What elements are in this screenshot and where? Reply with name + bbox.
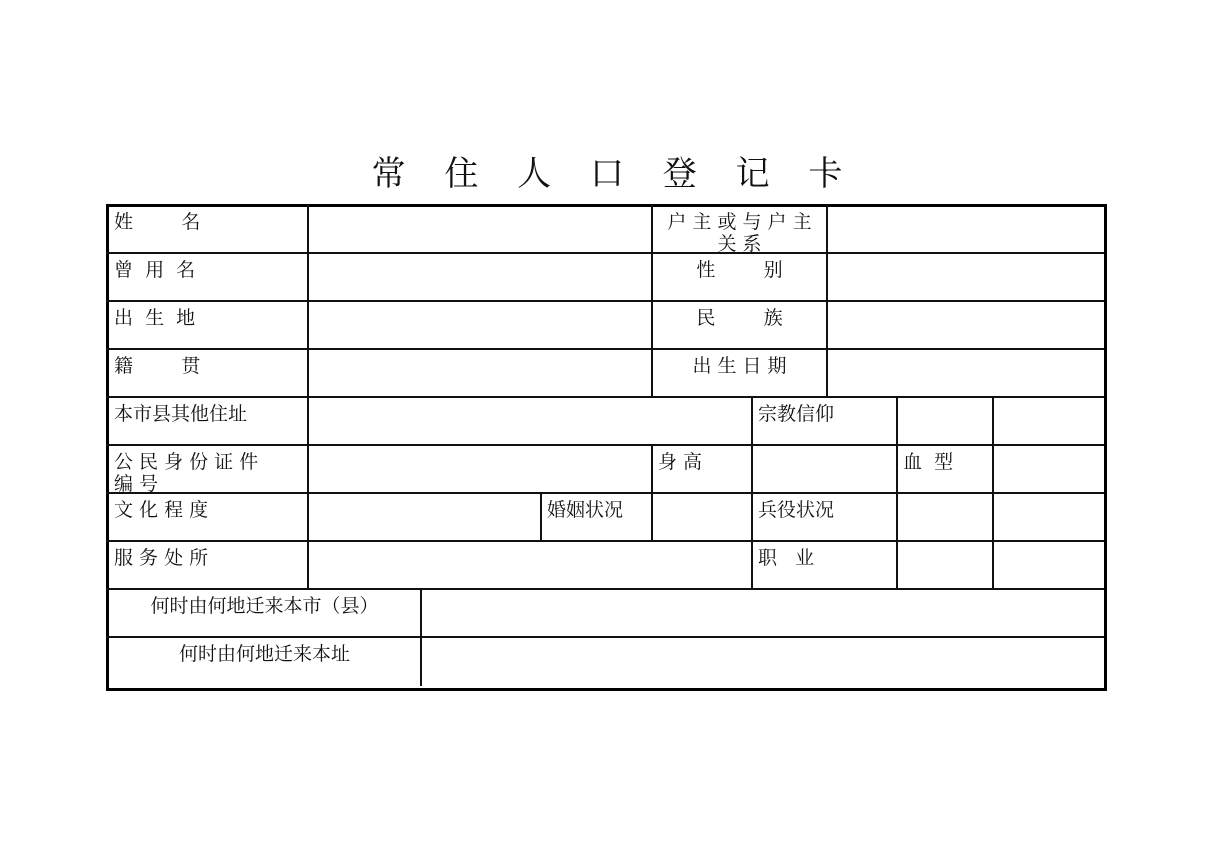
label-gender: 性 别 bbox=[653, 255, 826, 300]
education-field[interactable] bbox=[309, 495, 540, 540]
extra-field-r7[interactable] bbox=[994, 495, 1100, 540]
moved-to-city-field[interactable] bbox=[422, 591, 1100, 636]
former-name-field[interactable] bbox=[309, 255, 651, 300]
ethnicity-field[interactable] bbox=[828, 303, 1100, 348]
moved-to-address-field[interactable] bbox=[422, 639, 1100, 684]
label-military-service: 兵役状况 bbox=[753, 495, 896, 540]
workplace-field[interactable] bbox=[309, 543, 751, 588]
native-place-field[interactable] bbox=[309, 351, 651, 396]
extra-field-r8[interactable] bbox=[994, 543, 1100, 588]
row-divider bbox=[106, 348, 1104, 350]
military-service-field[interactable] bbox=[898, 495, 992, 540]
religion-field[interactable] bbox=[898, 399, 992, 444]
height-field[interactable] bbox=[753, 447, 896, 492]
row-divider bbox=[106, 492, 1104, 494]
label-birth-date: 出 生 日 期 bbox=[653, 351, 826, 396]
label-religion: 宗教信仰 bbox=[753, 399, 896, 444]
occupation-field[interactable] bbox=[898, 543, 992, 588]
label-blood-type: 血 型 bbox=[898, 447, 992, 492]
label-ethnicity: 民 族 bbox=[653, 303, 826, 348]
row-divider bbox=[106, 300, 1104, 302]
blood-type-field[interactable] bbox=[994, 447, 1100, 492]
label-former-name: 曾 用 名 bbox=[109, 255, 307, 300]
label-relation-to-householder: 户 主 或 与 户 主 关 系 bbox=[653, 207, 826, 252]
label-moved-to-address-from: 何时由何地迁来本址 bbox=[109, 639, 420, 684]
label-education: 文 化 程 度 bbox=[109, 495, 307, 540]
label-height: 身 高 bbox=[653, 447, 751, 492]
birthplace-field[interactable] bbox=[309, 303, 651, 348]
row-divider bbox=[106, 396, 1104, 398]
relation-to-householder-field[interactable] bbox=[828, 207, 1100, 252]
label-birthplace: 出 生 地 bbox=[109, 303, 307, 348]
row-divider bbox=[106, 252, 1104, 254]
gender-field[interactable] bbox=[828, 255, 1100, 300]
row-divider bbox=[106, 636, 1104, 638]
row-divider bbox=[106, 444, 1104, 446]
label-occupation: 职 业 bbox=[753, 543, 896, 588]
row-divider bbox=[106, 540, 1104, 542]
label-id-number: 公 民 身 份 证 件 编 号 bbox=[109, 447, 307, 492]
marital-status-field[interactable] bbox=[653, 495, 751, 540]
row-divider bbox=[106, 588, 1104, 590]
label-other-address: 本市县其他住址 bbox=[109, 399, 307, 444]
birth-date-field[interactable] bbox=[828, 351, 1100, 396]
label-native-place: 籍 贯 bbox=[109, 351, 307, 396]
name-field[interactable] bbox=[309, 207, 651, 252]
label-workplace: 服 务 处 所 bbox=[109, 543, 307, 588]
other-address-field[interactable] bbox=[309, 399, 751, 444]
id-number-field[interactable] bbox=[309, 447, 651, 492]
label-marital-status: 婚姻状况 bbox=[542, 495, 651, 540]
page-title: 常 住 人 口 登 记 卡 bbox=[0, 146, 1214, 195]
extra-field-r5[interactable] bbox=[994, 399, 1100, 444]
label-name: 姓 名 bbox=[109, 207, 307, 252]
label-moved-to-city-from: 何时由何地迁来本市（县） bbox=[109, 591, 420, 636]
